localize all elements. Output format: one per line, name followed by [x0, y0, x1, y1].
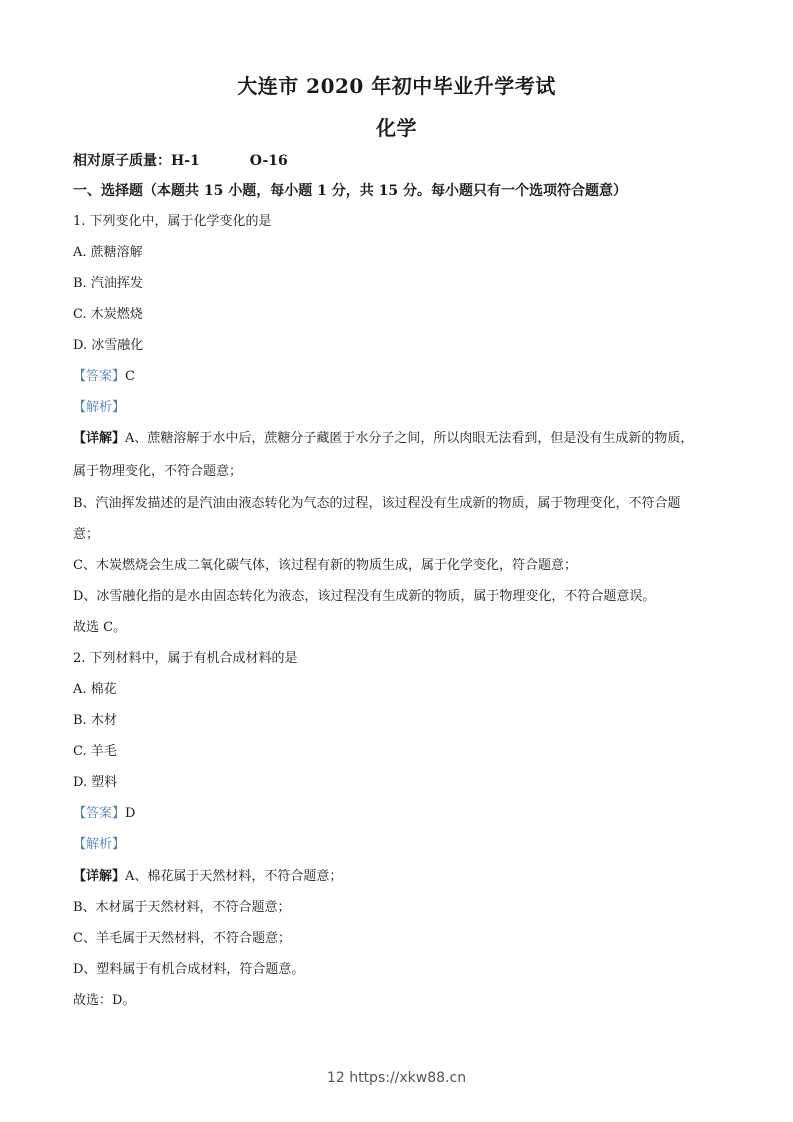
question-2-stem: 2. 下列材料中，属于有机合成材料的是 — [73, 650, 298, 668]
question-1-stem: 1. 下列变化中，属于化学变化的是 — [73, 213, 272, 231]
q1-detail-line-4: 意； — [73, 526, 99, 544]
detail-tag: 【详解】 — [73, 869, 125, 884]
q2-detail-line-4: D、塑料属于有机合成材料，符合题意。 — [73, 961, 304, 979]
q1-conclusion: 故选 C。 — [73, 619, 126, 637]
answer-tag: 【答案】 — [73, 806, 125, 821]
q2-detail-line-3: C、羊毛属于天然材料，不符合题意； — [73, 930, 291, 948]
q1-detail-line-3: B、汽油挥发描述的是汽油由液态转化为气态的过程，该过程没有生成新的物质，属于物理… — [73, 495, 681, 513]
q2-option-c: C. 羊毛 — [73, 743, 117, 761]
q2-detail-line-1: 【详解】A、棉花属于天然材料，不符合题意； — [73, 868, 342, 886]
page-number: 12 — [327, 1070, 345, 1086]
footer-url[interactable]: https://xkw88.cn — [349, 1070, 466, 1086]
answer-value: D — [125, 806, 135, 821]
detail-tag: 【详解】 — [73, 431, 125, 446]
q1-analysis-tag: 【解析】 — [73, 399, 125, 417]
q2-analysis-tag: 【解析】 — [73, 836, 125, 854]
atomic-mass-o: O-16 — [250, 153, 288, 169]
q1-detail-line-2: 属于物理变化，不符合题意； — [73, 463, 242, 481]
q1-detail-line-1: 【详解】A、蔗糖溶解于水中后，蔗糖分子藏匿于水分子之间，所以肉眼无法看到，但是没… — [73, 430, 693, 448]
atomic-mass-line: 相对原子质量：H-1O-16 — [73, 152, 288, 170]
q2-option-b: B. 木材 — [73, 712, 117, 730]
q2-option-a: A. 棉花 — [73, 681, 117, 699]
q1-option-c: C. 木炭燃烧 — [73, 306, 143, 324]
atomic-mass-label: 相对原子质量：H-1 — [73, 153, 200, 169]
q1-option-d: D. 冰雪融化 — [73, 337, 143, 355]
q2-answer: 【答案】D — [73, 805, 135, 823]
exam-title: 大连市 2020 年初中毕业升学考试 — [0, 70, 793, 99]
subject-title: 化学 — [0, 112, 793, 141]
answer-value: C — [125, 369, 135, 384]
page-footer: 12 https://xkw88.cn — [0, 1070, 793, 1086]
detail-text: A、棉花属于天然材料，不符合题意； — [125, 869, 342, 884]
q2-detail-line-2: B、木材属于天然材料，不符合题意； — [73, 899, 291, 917]
answer-tag: 【答案】 — [73, 369, 125, 384]
q1-option-b: B. 汽油挥发 — [73, 275, 143, 293]
q2-conclusion: 故选：D。 — [73, 992, 135, 1010]
section-heading: 一、选择题（本题共 15 小题，每小题 1 分，共 15 分。每小题只有一个选项… — [73, 182, 627, 200]
q1-answer: 【答案】C — [73, 368, 135, 386]
q2-option-d: D. 塑料 — [73, 774, 117, 792]
q1-detail-line-5: C、木炭燃烧会生成二氧化碳气体，该过程有新的物质生成，属于化学变化，符合题意； — [73, 557, 577, 575]
detail-text: A、蔗糖溶解于水中后，蔗糖分子藏匿于水分子之间，所以肉眼无法看到，但是没有生成新… — [125, 431, 693, 446]
q1-option-a: A. 蔗糖溶解 — [73, 244, 143, 262]
q1-detail-line-6: D、冰雪融化指的是水由固态转化为液态，该过程没有生成新的物质，属于物理变化，不符… — [73, 588, 655, 606]
